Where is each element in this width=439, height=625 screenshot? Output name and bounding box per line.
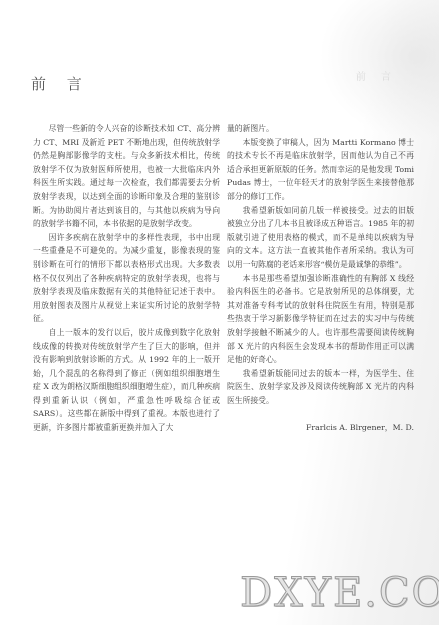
paragraph-continuation: 量的新图片。: [227, 122, 414, 136]
paragraph: 因许多疾病在放射学中的多样性表现，书中出现一些重叠是不可避免的。为减少重复，影像…: [33, 231, 220, 326]
page-title: 前 言: [31, 73, 90, 94]
paragraph: 尽管一些新的令人兴奋的诊断技术如 CT、高分辨力 CT、MRI 及新近 PET …: [33, 122, 220, 231]
paragraph: 本书是那些希望加强诊断准确性的有胸部 X 线经验内科医生的必备书。它是放射所见的…: [227, 272, 414, 367]
watermark-logo: DXYE.COM: [240, 570, 439, 616]
paragraph: 我希望新版如同前几版一样被接受。过去的旧版被独立分出了几本书且被译成五种语言。1…: [227, 204, 414, 272]
left-text-column: 尽管一些新的令人兴奋的诊断技术如 CT、高分辨力 CT、MRI 及新近 PET …: [33, 122, 220, 435]
running-head: 前 言: [356, 68, 397, 83]
paragraph: 自上一版本的发行以后，胶片成像到数字化放射线成像的转换对传统放射学产生了巨大的影…: [33, 326, 220, 435]
right-text-column: 量的新图片。 本版变换了审稿人，因为 Martti Kormano 博士的技术专…: [227, 122, 414, 407]
paragraph: 本版变换了审稿人，因为 Martti Kormano 博士的技术专长不再是临床放…: [227, 136, 414, 204]
paragraph: 我希望新版能同过去的版本一样，为医学生、住院医生、放射学家及涉及阅读传统胸部 X…: [227, 367, 414, 408]
author-signature: Frarlcis A. Blrgener，M. D.: [227, 422, 414, 433]
